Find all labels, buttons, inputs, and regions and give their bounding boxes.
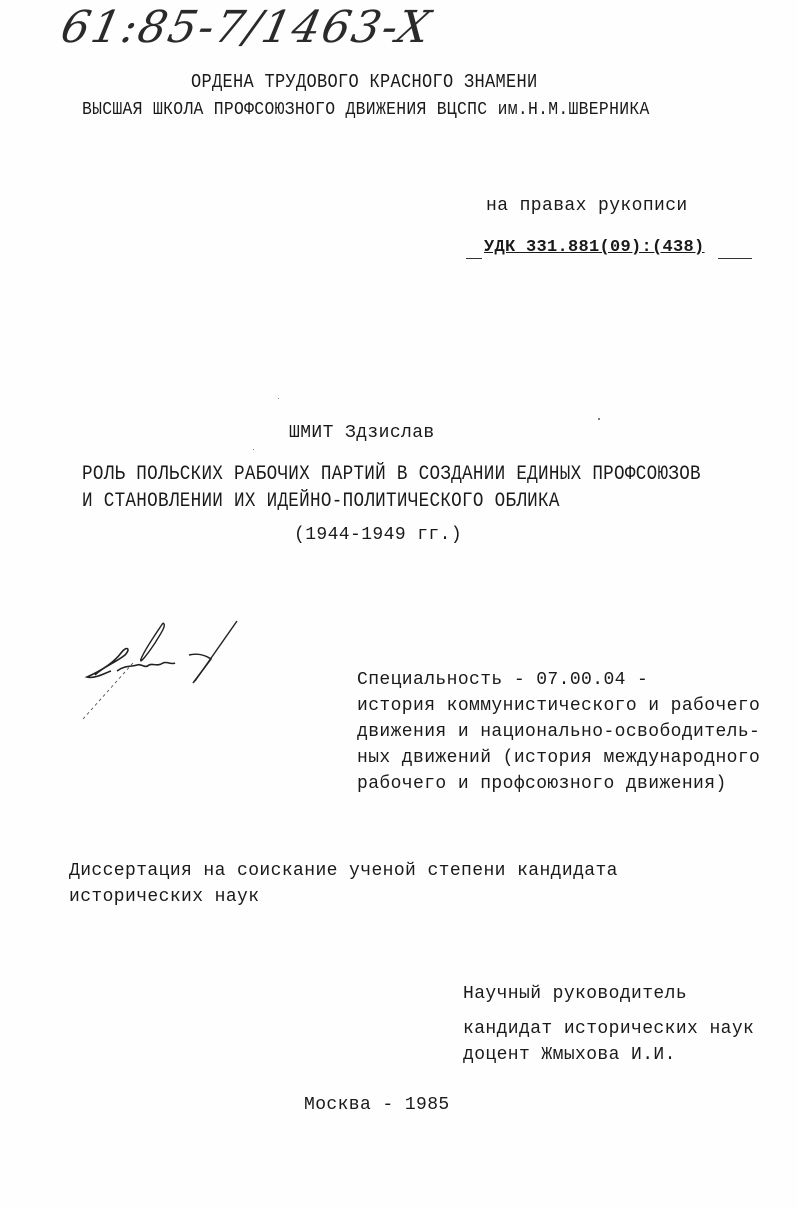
scan-speck bbox=[598, 418, 600, 420]
specialty-line-2: история коммунистического и рабочего bbox=[357, 696, 760, 716]
specialty-line-4: ных движений (история международного bbox=[357, 748, 760, 768]
advisor-degree: кандидат исторических наук bbox=[463, 1019, 754, 1039]
udk-code: УДК 331.881(09):(438) bbox=[484, 238, 705, 257]
author-name: ШМИТ Здзислав bbox=[289, 423, 435, 443]
title-line-1: РОЛЬ ПОЛЬСКИХ РАБОЧИХ ПАРТИЙ В СОЗДАНИИ … bbox=[82, 463, 701, 486]
dissertation-line-2: исторических наук bbox=[69, 887, 259, 907]
dissertation-line-1: Диссертация на соискание ученой степени … bbox=[69, 861, 618, 881]
place-year: Москва - 1985 bbox=[304, 1095, 450, 1115]
advisor-name: доцент Жмыхова И.И. bbox=[463, 1045, 676, 1065]
udk-underline-left bbox=[466, 258, 482, 259]
handwritten-catalog-number: 61:85-7/1463-X bbox=[57, 2, 437, 53]
title-line-2: И СТАНОВЛЕНИИ ИХ ИДЕЙНО-ПОЛИТИЧЕСКОГО ОБ… bbox=[82, 490, 560, 513]
header-order-line: ОРДЕНА ТРУДОВОГО КРАСНОГО ЗНАМЕНИ bbox=[191, 72, 538, 94]
signature-icon bbox=[75, 615, 245, 725]
udk-underline-right bbox=[718, 258, 752, 259]
specialty-line-3: движения и национально-освободитель- bbox=[357, 722, 760, 742]
specialty-line-5: рабочего и профсоюзного движения) bbox=[357, 774, 727, 794]
rights-notice: на правах рукописи bbox=[486, 196, 688, 216]
document-page: 61:85-7/1463-X ОРДЕНА ТРУДОВОГО КРАСНОГО… bbox=[0, 0, 798, 1209]
header-institution-line: ВЫСШАЯ ШКОЛА ПРОФСОЮЗНОГО ДВИЖЕНИЯ ВЦСПС… bbox=[82, 98, 650, 120]
scan-speck bbox=[253, 449, 254, 450]
title-years: (1944-1949 гг.) bbox=[294, 525, 462, 545]
specialty-line-1: Специальность - 07.00.04 - bbox=[357, 670, 648, 690]
advisor-label: Научный руководитель bbox=[463, 984, 687, 1004]
scan-speck bbox=[278, 398, 279, 399]
